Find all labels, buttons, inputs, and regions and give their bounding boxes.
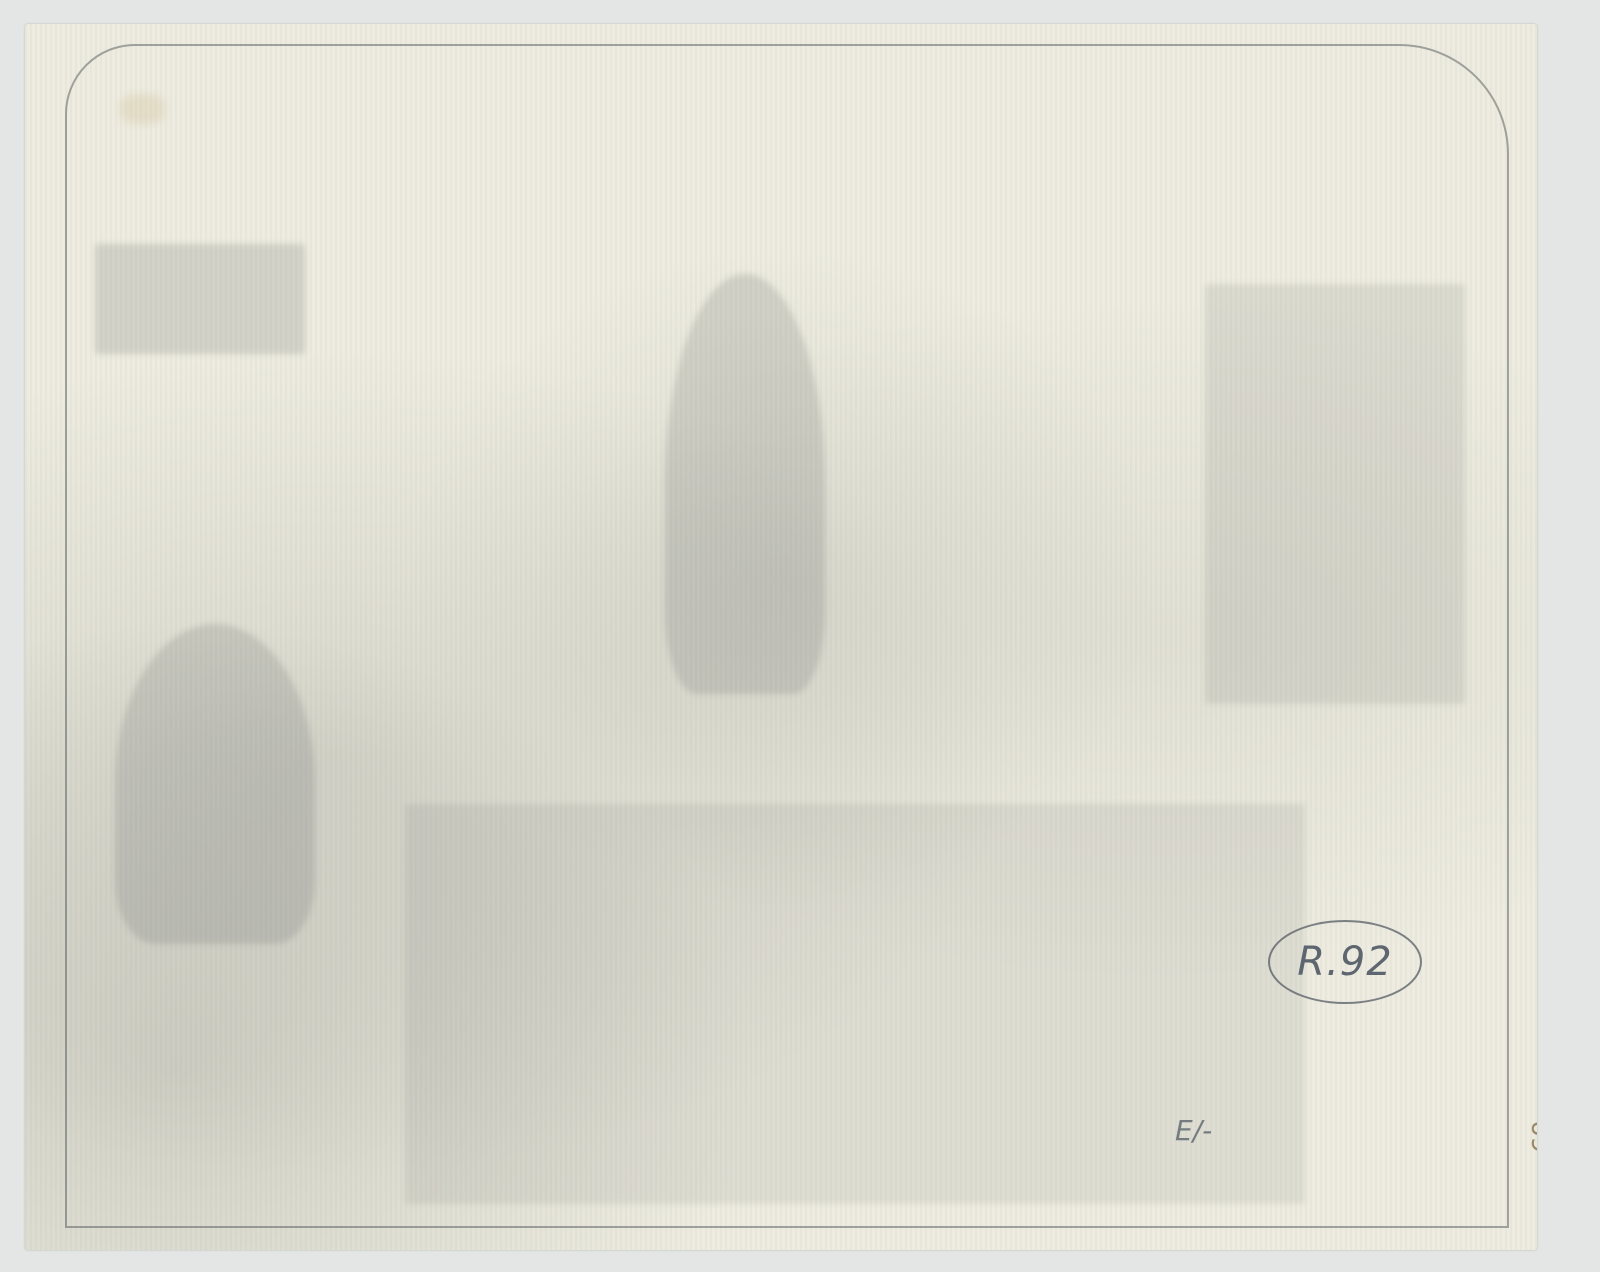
collector-mark-text: R.92 [1297,939,1392,985]
foxing-stain [120,94,165,124]
wall-foreground [405,804,1305,1204]
print-sheet: R.92 E/- 69 [25,24,1537,1250]
inventory-number: 69 [1525,1120,1537,1153]
figures-group-left [115,624,315,944]
pencil-initials: E/- [1175,1114,1212,1147]
building-left-background [95,244,305,354]
figure-standing-center [665,274,825,694]
building-right [1205,284,1465,704]
collector-stamp: R.92 [1268,920,1422,1004]
